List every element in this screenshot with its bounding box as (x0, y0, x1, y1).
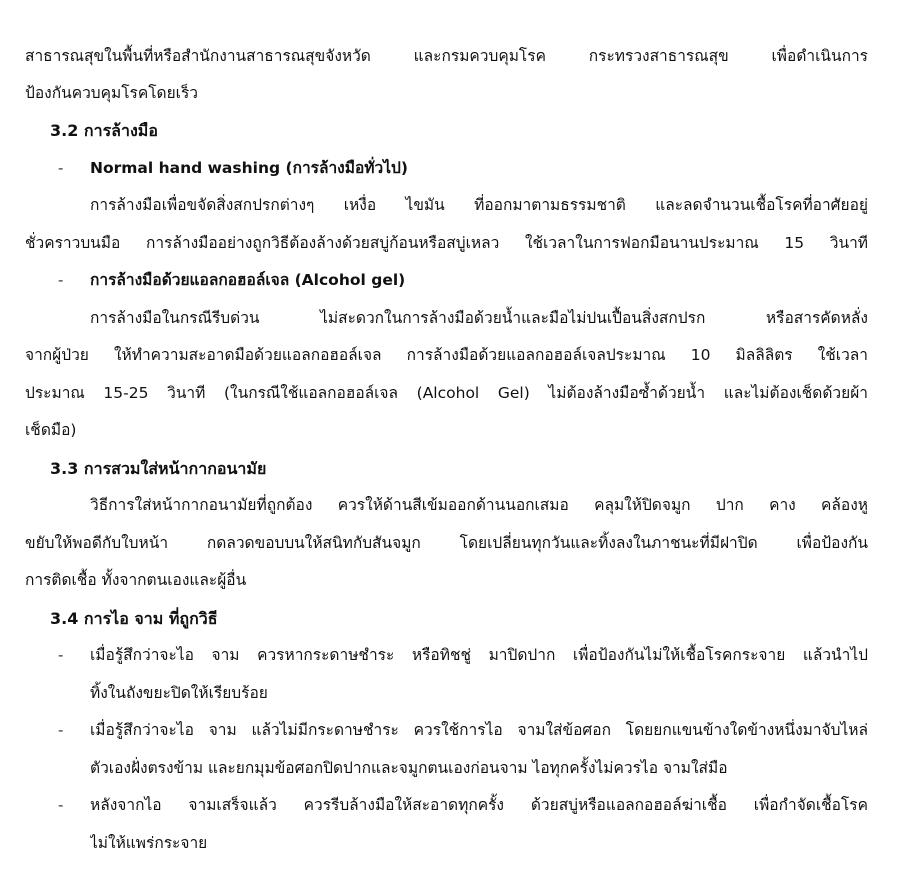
bullet-line: เมื่อรู้สึกว่าจะไอ จาม ควรหากระดาษชำระ ห… (90, 637, 868, 674)
bullet-line: ทิ้งในถังขยะปิดให้เรียบร้อย (90, 675, 868, 712)
paragraph-line: ประมาณ 15-25 วินาที (ในกรณีใช้แอลกอฮอล์เ… (25, 375, 868, 412)
bullet-line: หลังจากไอ จามเสร็จแล้ว ควรรีบล้างมือให้ส… (90, 787, 868, 824)
bullet-line: ตัวเองฝั่งตรงข้าม และยกมุมข้อศอกปิดปากแล… (90, 750, 868, 787)
paragraph-line: จากผู้ป่วย ให้ทำความสะอาดมือด้วยแอลกอฮอล… (25, 337, 868, 374)
subheading-alcohol-gel: การล้างมือด้วยแอลกอฮอล์เจล (Alcohol gel) (90, 262, 868, 299)
paragraph-line: เช็ดมือ) (25, 412, 868, 449)
paragraph-line: ขยับให้พอดีกับใบหน้า กดลวดขอบบนให้สนิทกั… (25, 525, 868, 562)
paragraph-line: การติดเชื้อ ทั้งจากตนเองและผู้อื่น (25, 562, 868, 599)
subheading-normal-hand-washing: Normal hand washing (การล้างมือทั่วไป) (90, 150, 868, 187)
section-heading-3-4: 3.4 การไอ จาม ที่ถูกวิธี (50, 600, 868, 637)
bullet-line: ไม่ให้แพร่กระจาย (90, 825, 868, 862)
bullet-dash: - (58, 637, 63, 674)
bullet-dash: - (58, 787, 63, 824)
bullet-dash: - (58, 712, 63, 749)
paragraph-line: วิธีการใส่หน้ากากอนามัยที่ถูกต้อง ควรให้… (90, 487, 868, 524)
intro-line-2: ป้องกันควบคุมโรคโดยเร็ว (25, 75, 868, 112)
section-heading-3-2: 3.2 การล้างมือ (50, 112, 868, 149)
document-page: สาธารณสุขในพื้นที่หรือสำนักงานสาธารณสุขจ… (0, 0, 900, 895)
bullet-line: เมื่อรู้สึกว่าจะไอ จาม แล้วไม่มีกระดาษชำ… (90, 712, 868, 749)
intro-line-1: สาธารณสุขในพื้นที่หรือสำนักงานสาธารณสุขจ… (25, 38, 868, 75)
section-heading-3-3: 3.3 การสวมใส่หน้ากากอนามัย (50, 450, 868, 487)
bullet-dash: - (58, 150, 63, 187)
paragraph-line: ชั่วคราวบนมือ การล้างมืออย่างถูกวิธีต้อง… (25, 225, 868, 262)
bullet-dash: - (58, 262, 63, 299)
paragraph-line: การล้างมือเพื่อขจัดสิ่งสกปรกต่างๆ เหงื่อ… (90, 187, 868, 224)
paragraph-line: การล้างมือในกรณีรีบด่วน ไม่สะดวกในการล้า… (90, 300, 868, 337)
